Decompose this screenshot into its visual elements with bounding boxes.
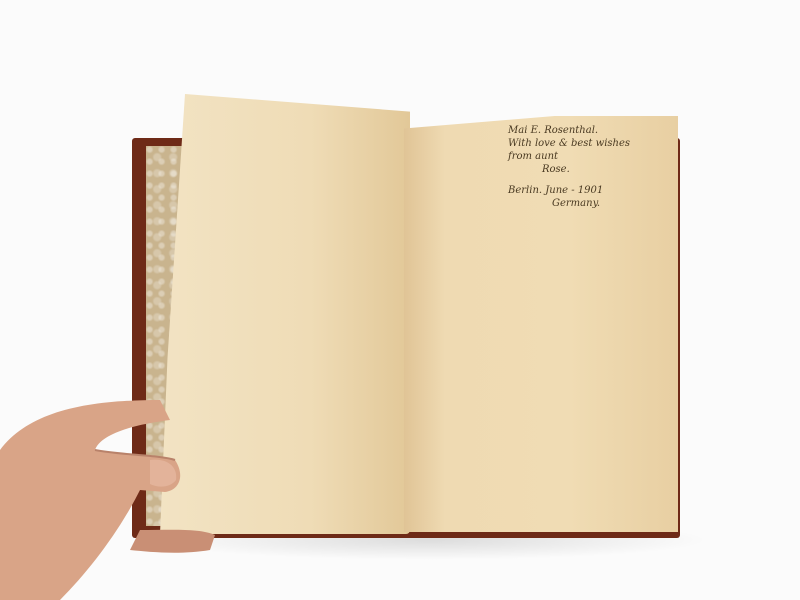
inscription-line-wishes: With love & best wishes — [508, 137, 658, 150]
inscription-line-place-date: Berlin. June - 1901 — [508, 184, 658, 197]
book-photo-scene: Mai E. Rosenthal. With love & best wishe… — [0, 0, 800, 600]
handwritten-inscription: Mai E. Rosenthal. With love & best wishe… — [508, 124, 658, 210]
inscription-line-from: from aunt — [508, 150, 658, 163]
inscription-line-signature: Rose. — [508, 163, 658, 176]
inscription-line-country: Germany. — [508, 197, 658, 210]
inscription-line-name: Mai E. Rosenthal. — [508, 124, 658, 137]
hand-holding-book — [0, 380, 220, 600]
